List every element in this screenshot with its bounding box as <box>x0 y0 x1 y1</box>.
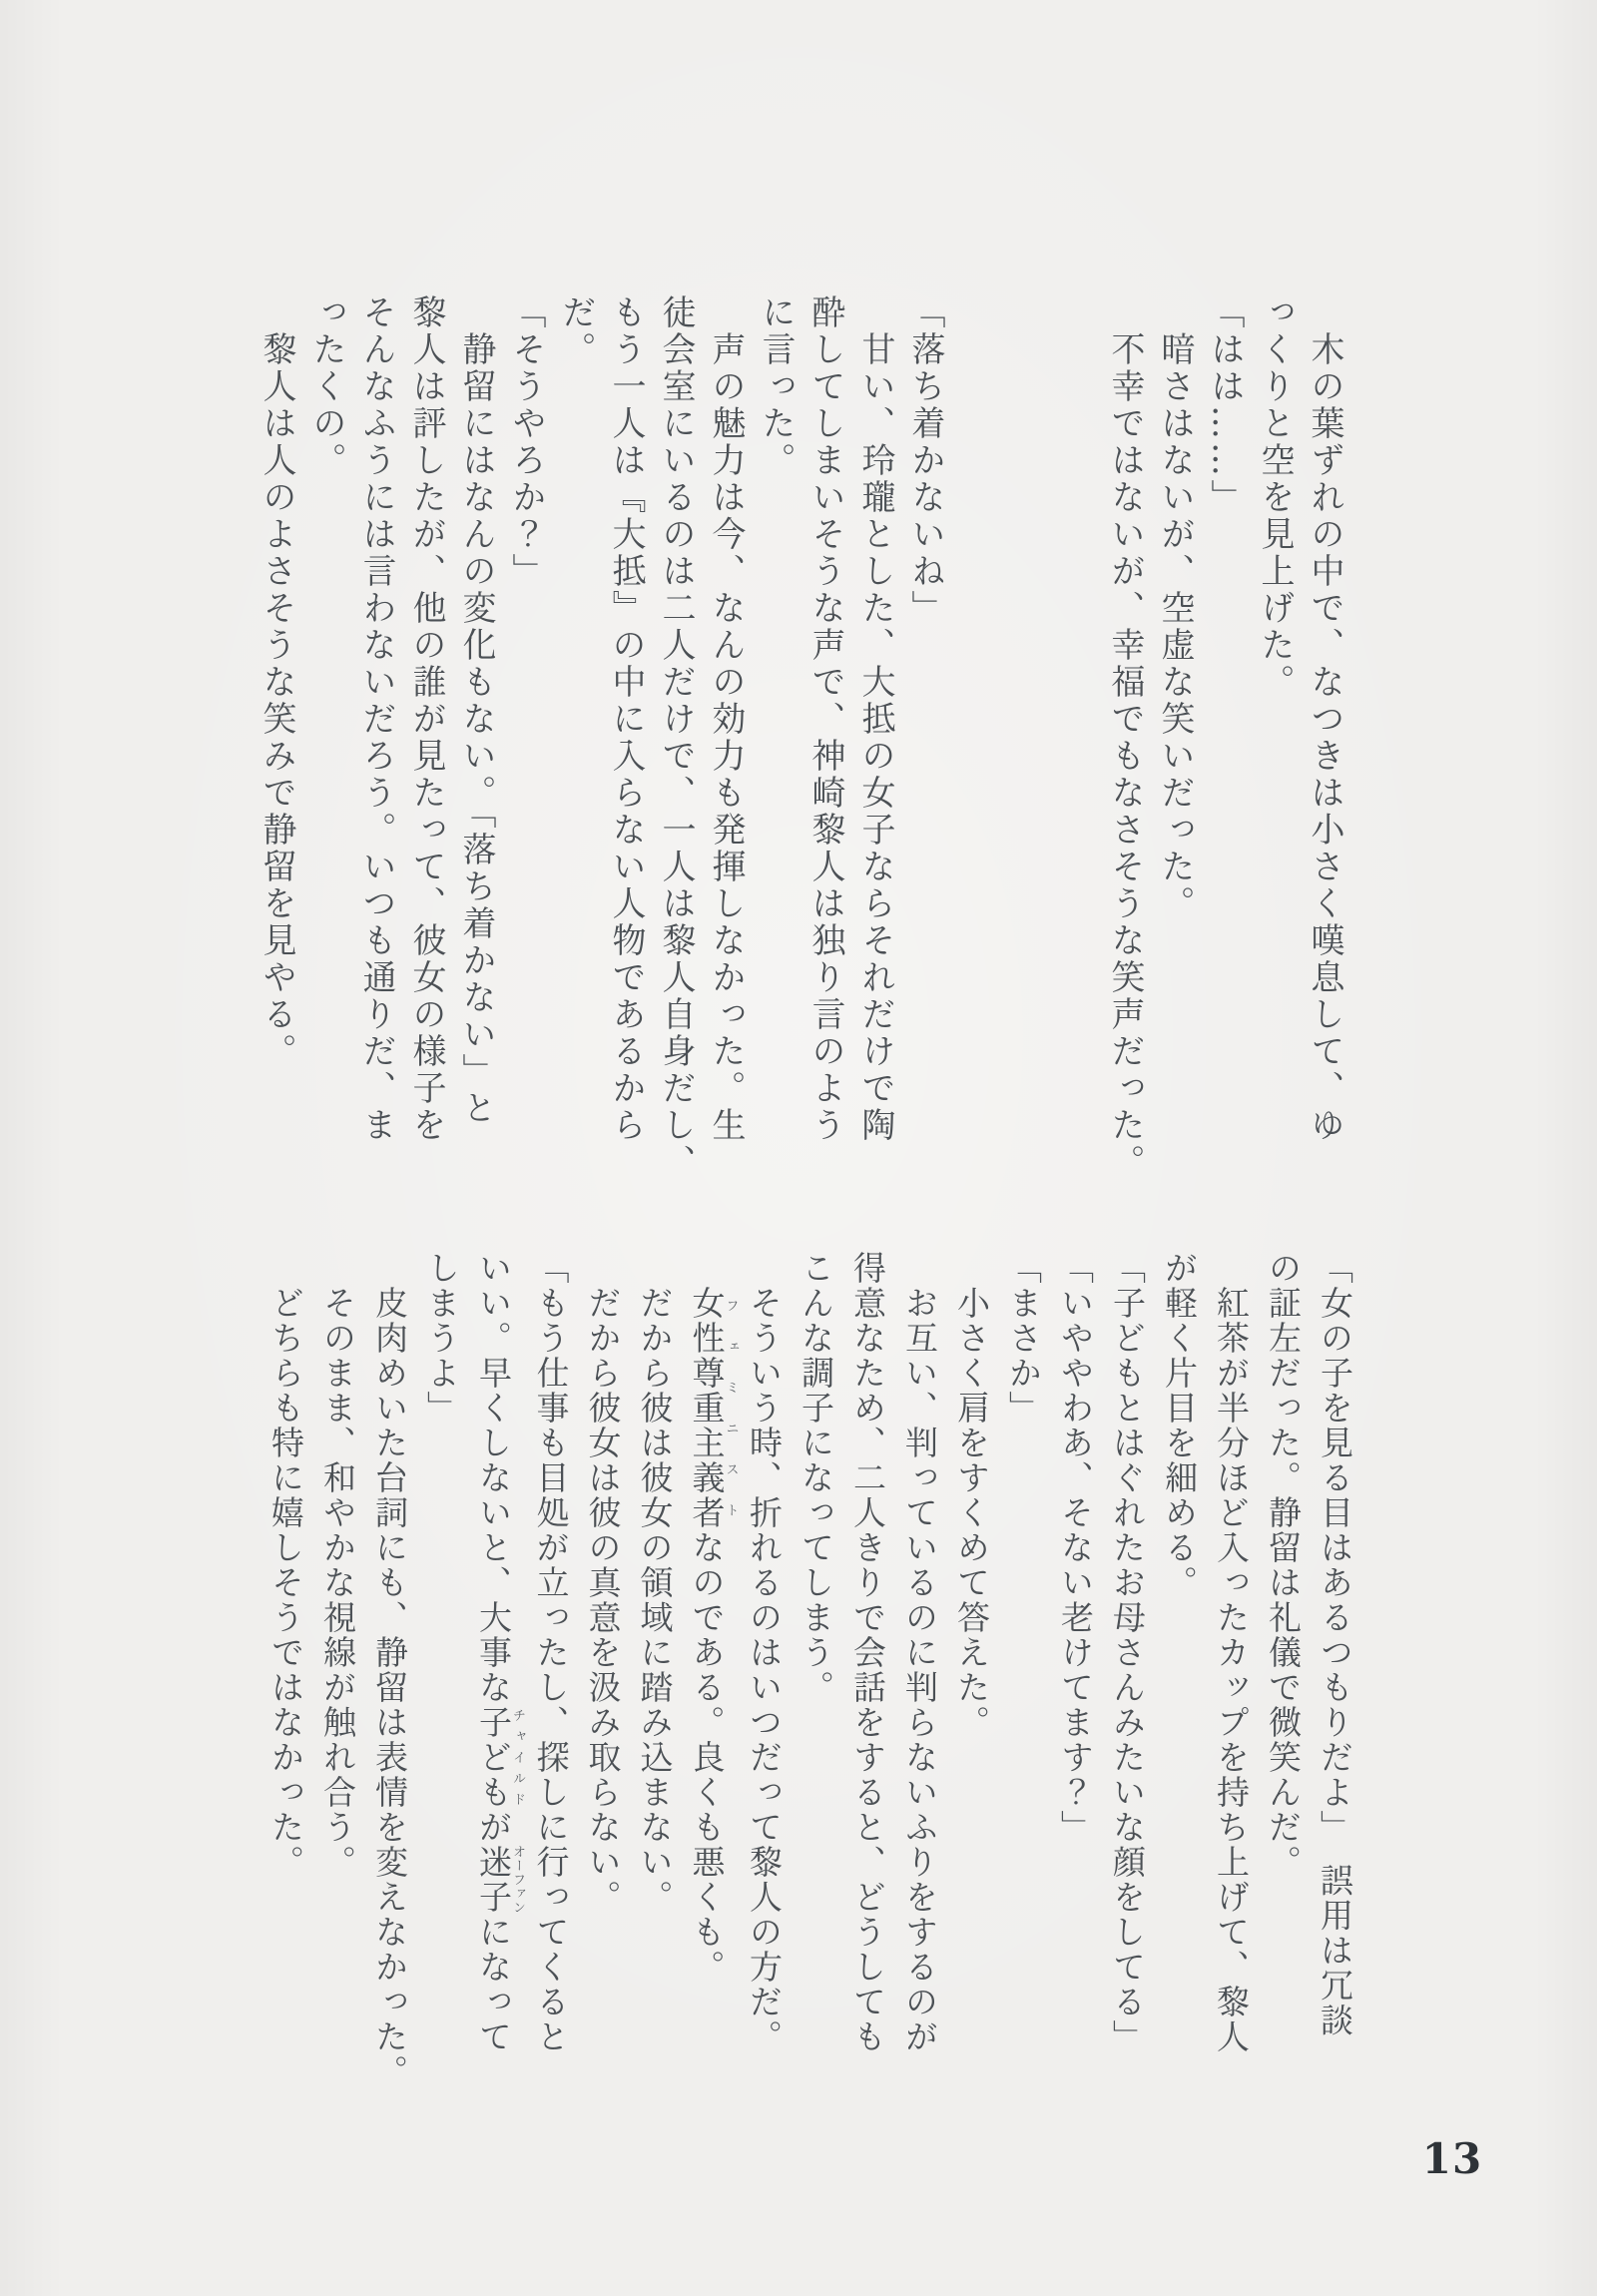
ruby-reading: オーファン <box>510 1845 525 1915</box>
text-column: しまうよ」 <box>415 1251 467 2079</box>
text-column: 「いややわあ、そない老けてます？」 <box>1049 1251 1101 2079</box>
page-number: 13 <box>1402 2134 1502 2183</box>
text-column: だから彼女は彼の真意を汲み取らない。 <box>577 1251 629 2079</box>
ruby-annotated-text: 子どもチャイルド <box>474 1705 513 1810</box>
text-column: 得意なため、二人きりで会話をすると、どうしても <box>841 1251 893 2079</box>
ruby-reading: フェミニスト <box>724 1286 739 1530</box>
text-column: 「子どもとはぐれたお母さんみたいな顔をしてる」 <box>1101 1251 1153 2079</box>
text-column: 「落ち着かないね」 <box>900 294 950 1173</box>
text-column: 黎人は人のよさそうな笑みで静留を見やる。 <box>252 294 301 1173</box>
text-column: 甘い、玲瓏とした、大抵の女子ならそれだけで陶 <box>850 294 900 1173</box>
text-column: 徒会室にいるのは二人だけで、一人は黎人自身だし、 <box>651 294 701 1173</box>
text-column: どちらも特に嬉しそうではなかった。 <box>260 1251 311 2079</box>
vertical-text-block-top-right: 木の葉ずれの中で、なつきは小さく嘆息して、ゆっくりと空を見上げた。「はは……」 … <box>1100 294 1349 1173</box>
ruby-annotated-text: 女性尊重主義者フェミニスト <box>688 1286 727 1530</box>
text-column: 静留にはなんの変化もない。「落ち着かない」と <box>451 294 501 1173</box>
text-column: そういう時、折れるのはいつだって黎人の方だ。 <box>738 1251 790 2079</box>
text-column: お互い、判っているのに判らないふりをするのが <box>893 1251 945 2079</box>
scanned-novel-page: { "page": { "number": "13", "language": … <box>0 0 1597 2296</box>
text-column: 酔してしまいそうな声で、神崎黎人は独り言のよう <box>800 294 850 1173</box>
text-column: の証左だった。静留は礼儀で微笑んだ。 <box>1257 1251 1309 2079</box>
ruby-annotated-text: 迷子オーファン <box>474 1845 513 1915</box>
text-column: 「もう仕事も目処が立ったし、探しに行ってくると <box>525 1251 577 2079</box>
text-column: 小さく肩をすくめて答えた。 <box>945 1251 997 2079</box>
text-column: 不幸ではないが、幸福でもなさそうな笑声だった。 <box>1100 294 1150 1173</box>
text-column: 紅茶が半分ほど入ったカップを持ち上げて、黎人 <box>1205 1251 1257 2079</box>
text-column: だ。 <box>551 294 601 1173</box>
text-column: そんなふうには言わないだろう。いつも通りだ、ま <box>351 294 401 1173</box>
text-column: こんな調子になってしまう。 <box>790 1251 841 2079</box>
text-column: ったくの。 <box>301 294 351 1173</box>
text-column: 皮肉めいた台詞にも、静留は表情を変えなかった。 <box>363 1251 415 2079</box>
text-column: だから彼は彼女の領域に踏み込まない。 <box>629 1251 681 2079</box>
vertical-text-block-bottom: 「女の子を見る目はあるつもりだよ」 誤用は冗談の証左だった。静留は礼儀で微笑んだ… <box>270 1251 1360 2079</box>
ruby-reading: チャイルド <box>510 1705 525 1810</box>
text-column: 声の魅力は今、なんの効力も発揮しなかった。生 <box>701 294 751 1173</box>
text-column: 「そうやろか？」 <box>501 294 551 1173</box>
text-column: 「女の子を見る目はあるつもりだよ」 誤用は冗談 <box>1309 1251 1360 2079</box>
text-column: 「まさか」 <box>997 1251 1049 2079</box>
text-column: 黎人は評したが、他の誰が見たって、彼女の様子を <box>401 294 451 1173</box>
text-column: が軽く片目を細める。 <box>1153 1251 1205 2079</box>
text-column: そのまま、和やかな視線が触れ合う。 <box>311 1251 363 2079</box>
text-column: もう一人は『大抵』の中に入らない人物であるから <box>601 294 651 1173</box>
text-column: いい。早くしないと、大事な子どもチャイルドが迷子オーファンになって <box>467 1251 525 2079</box>
text-column: 女性尊重主義者フェミニストなのである。良くも悪くも。 <box>681 1251 739 2079</box>
text-column: 暗さはないが、空虚な笑いだった。 <box>1150 294 1200 1173</box>
text-column: 「はは……」 <box>1200 294 1250 1173</box>
vertical-text-block-top-main: 「落ち着かないね」 甘い、玲瓏とした、大抵の女子ならそれだけで陶酔してしまいそう… <box>252 294 950 1173</box>
text-column: 木の葉ずれの中で、なつきは小さく嘆息して、ゆ <box>1300 294 1349 1173</box>
text-column: っくりと空を見上げた。 <box>1250 294 1300 1173</box>
text-column: に言った。 <box>751 294 800 1173</box>
